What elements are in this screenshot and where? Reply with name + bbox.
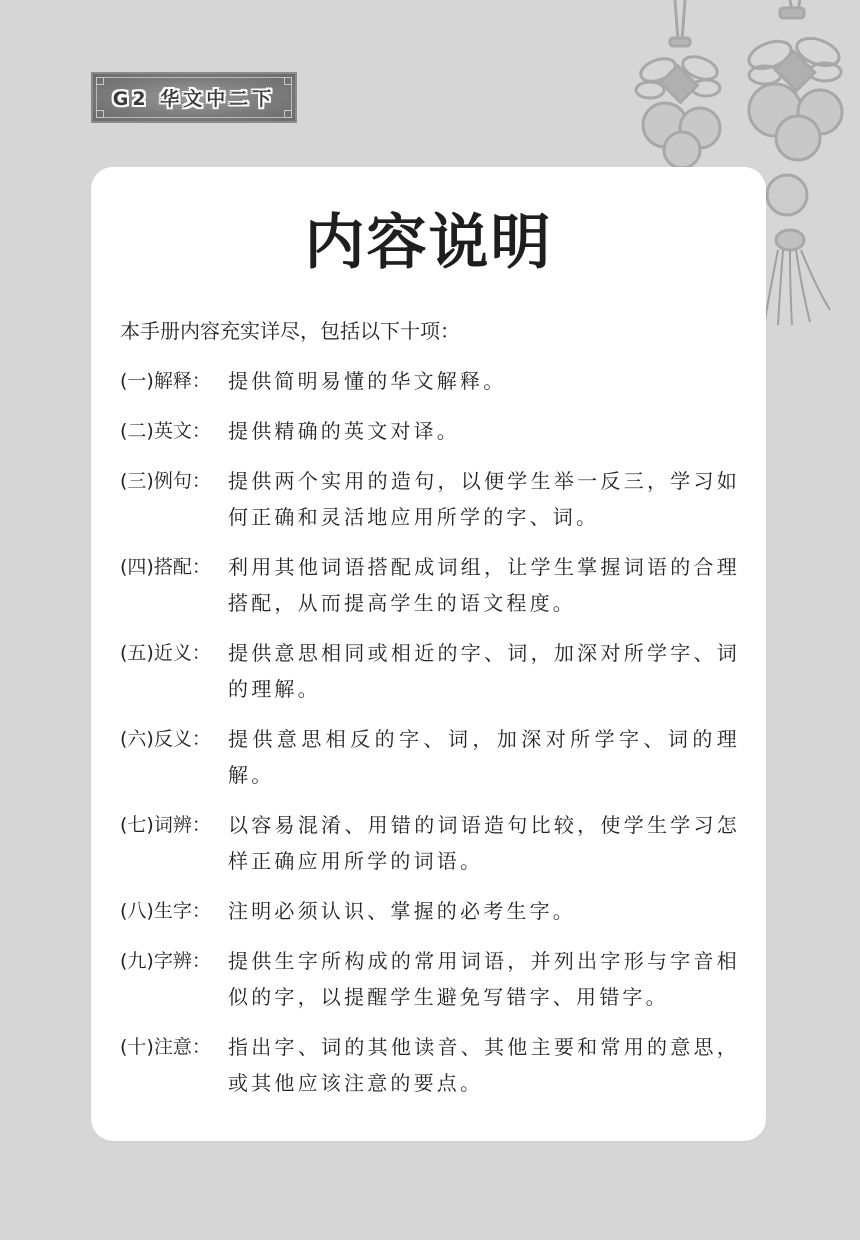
list-item: (一)解释： 提供简明易懂的华文解释。: [120, 363, 740, 399]
list-item: (九)字辨： 提供生字所构成的常用词语，并列出字形与字音相似的字，以提醒学生避免…: [120, 943, 740, 1015]
item-description: 利用其他词语搭配成词组，让学生掌握词语的合理搭配，从而提高学生的语文程度。: [228, 549, 740, 621]
book-label-badge: G2 华文中二下: [91, 72, 297, 123]
badge-corner-decoration: [96, 110, 104, 118]
item-label: (八)生字：: [120, 893, 228, 929]
item-label: (四)搭配：: [120, 549, 228, 585]
content-card: 内容说明 本手册内容充实详尽，包括以下十项： (一)解释： 提供简明易懂的华文解…: [91, 167, 766, 1141]
item-description: 提供生字所构成的常用词语，并列出字形与字音相似的字，以提醒学生避免写错字、用错字…: [228, 943, 740, 1015]
item-description: 注明必须认识、掌握的必考生字。: [228, 893, 740, 929]
badge-corner-decoration: [96, 77, 104, 85]
item-label: (十)注意：: [120, 1029, 228, 1065]
item-description: 提供意思相同或相近的字、词，加深对所学字、词的理解。: [228, 635, 740, 707]
item-description: 以容易混淆、用错的词语造句比较，使学生学习怎样正确应用所学的词语。: [228, 807, 740, 879]
item-label: (七)词辨：: [120, 807, 228, 843]
list-item: (七)词辨： 以容易混淆、用错的词语造句比较，使学生学习怎样正确应用所学的词语。: [120, 807, 740, 879]
page-title: 内容说明: [91, 203, 766, 283]
item-label: (一)解释：: [120, 363, 228, 399]
item-description: 提供精确的英文对译。: [228, 413, 740, 449]
list-item: (五)近义： 提供意思相同或相近的字、词，加深对所学字、词的理解。: [120, 635, 740, 707]
item-description: 提供两个实用的造句，以便学生举一反三，学习如何正确和灵活地应用所学的字、词。: [228, 463, 740, 535]
item-description: 提供简明易懂的华文解释。: [228, 363, 740, 399]
badge-corner-decoration: [284, 110, 292, 118]
list-item: (八)生字： 注明必须认识、掌握的必考生字。: [120, 893, 740, 929]
list-item: (二)英文： 提供精确的英文对译。: [120, 413, 740, 449]
item-label: (九)字辨：: [120, 943, 228, 979]
list-item: (十)注意： 指出字、词的其他读音、其他主要和常用的意思，或其他应该注意的要点。: [120, 1029, 740, 1101]
book-label-text: G2 华文中二下: [113, 84, 275, 111]
item-label: (六)反义：: [120, 721, 228, 757]
list-item: (三)例句： 提供两个实用的造句，以便学生举一反三，学习如何正确和灵活地应用所学…: [120, 463, 740, 535]
item-label: (二)英文：: [120, 413, 228, 449]
item-description: 提供意思相反的字、词，加深对所学字、词的理解。: [228, 721, 740, 793]
item-description: 指出字、词的其他读音、其他主要和常用的意思，或其他应该注意的要点。: [228, 1029, 740, 1101]
badge-corner-decoration: [284, 77, 292, 85]
item-label: (三)例句：: [120, 463, 228, 499]
item-label: (五)近义：: [120, 635, 228, 671]
content-item-list: (一)解释： 提供简明易懂的华文解释。 (二)英文： 提供精确的英文对译。 (三…: [120, 363, 740, 1115]
list-item: (六)反义： 提供意思相反的字、词，加深对所学字、词的理解。: [120, 721, 740, 793]
list-item: (四)搭配： 利用其他词语搭配成词组，让学生掌握词语的合理搭配，从而提高学生的语…: [120, 549, 740, 621]
intro-text: 本手册内容充实详尽，包括以下十项：: [120, 313, 460, 349]
